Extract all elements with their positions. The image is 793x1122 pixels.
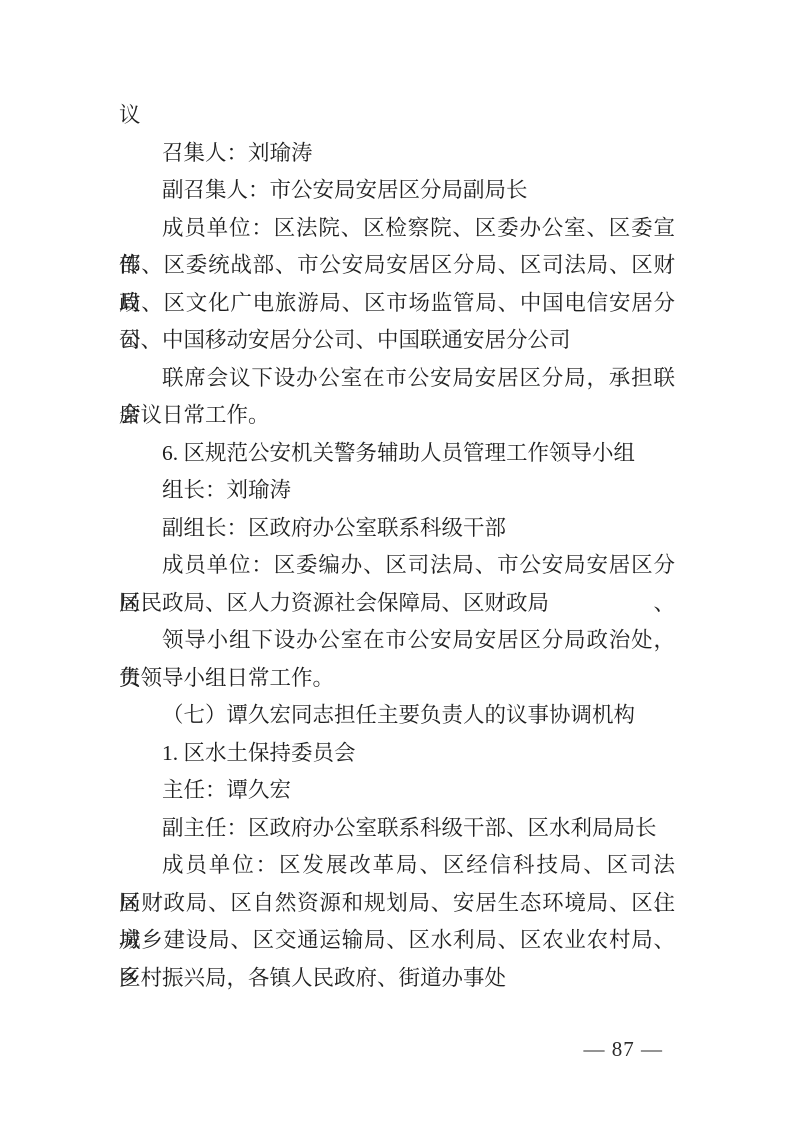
text-line: 领导小组下设办公室在市公安局安居区分局政治处，负	[119, 622, 675, 660]
text-line: 主任：谭久宏	[119, 772, 675, 810]
document-body: 议 召集人：刘瑜涛 副召集人：市公安局安居区分局副局长 成员单位：区法院、区检察…	[119, 97, 675, 997]
page-number: — 87 —	[584, 1036, 664, 1062]
document-page: 议 召集人：刘瑜涛 副召集人：市公安局安居区分局副局长 成员单位：区法院、区检察…	[0, 0, 793, 1122]
text-line: 城乡建设局、区交通运输局、区水利局、区农业农村局、区	[119, 922, 675, 960]
text-line: 副召集人：市公安局安居区分局副局长	[119, 172, 675, 210]
text-line: （七）谭久宏同志担任主要负责人的议事协调机构	[119, 697, 675, 735]
text-line: 议	[119, 97, 675, 135]
text-line: 6. 区规范公安机关警务辅助人员管理工作领导小组	[119, 435, 675, 473]
text-line: 联席会议下设办公室在市公安局安居区分局，承担联席	[119, 360, 675, 398]
text-line: 会议日常工作。	[119, 397, 675, 435]
text-line: 副组长：区政府办公室联系科级干部	[119, 510, 675, 548]
text-line: 乡村振兴局，各镇人民政府、街道办事处	[119, 960, 675, 998]
text-line: 成员单位：区法院、区检察院、区委办公室、区委宣传	[119, 210, 675, 248]
text-line: 成员单位：区委编办、区司法局、市公安局安居区分局、	[119, 547, 675, 585]
text-line: 召集人：刘瑜涛	[119, 135, 675, 173]
text-line: 部、区委统战部、市公安局安居区分局、区司法局、区财政	[119, 247, 675, 285]
text-line: 副主任：区政府办公室联系科级干部、区水利局局长	[119, 810, 675, 848]
text-line: 组长：刘瑜涛	[119, 472, 675, 510]
text-line: 1. 区水土保持委员会	[119, 735, 675, 773]
text-line: 局、区文化广电旅游局、区市场监管局、中国电信安居分公	[119, 285, 675, 323]
text-line: 司、中国移动安居分公司、中国联通安居分公司	[119, 322, 675, 360]
text-line: 区财政局、区自然资源和规划局、安居生态环境局、区住房	[119, 885, 675, 923]
text-line: 责领导小组日常工作。	[119, 660, 675, 698]
text-line: 成员单位：区发展改革局、区经信科技局、区司法局、	[119, 847, 675, 885]
